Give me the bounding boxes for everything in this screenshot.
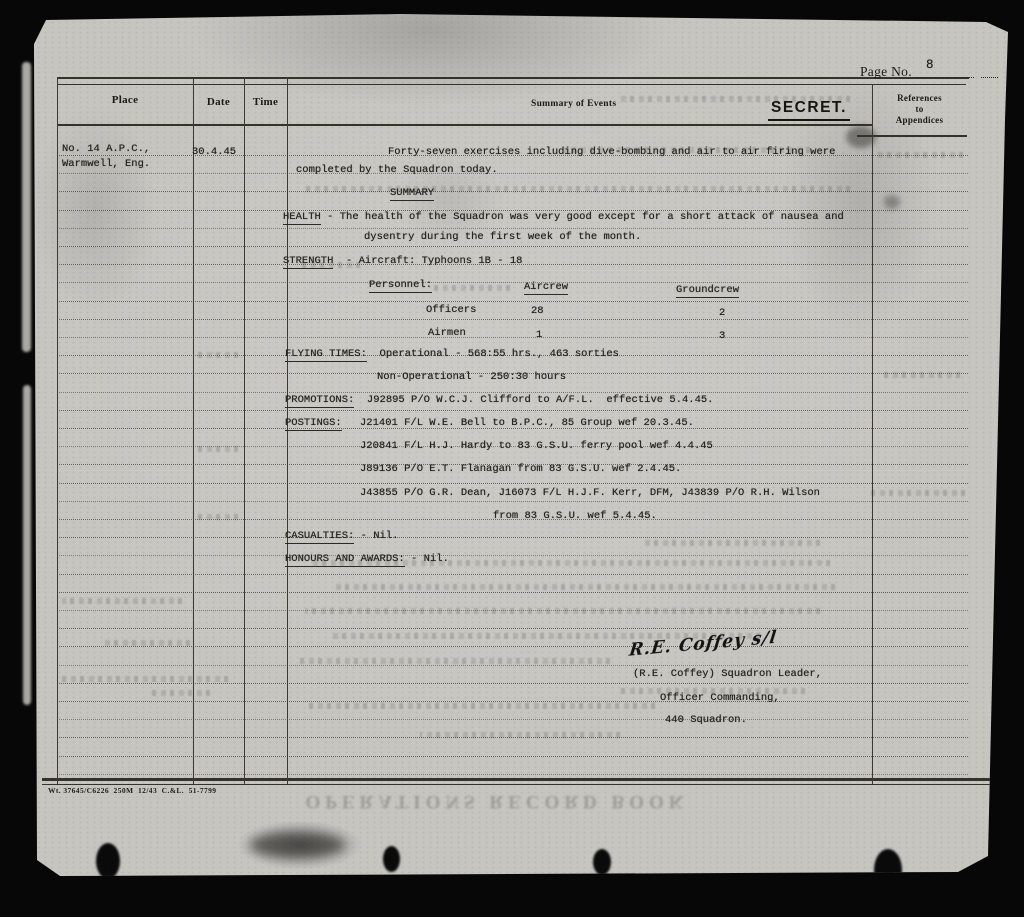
bleedthrough-title: OPERATIONS RECORD BOOK xyxy=(292,790,702,812)
health-text: - The health of the Squadron was very go… xyxy=(321,211,844,223)
flying-times-label: FLYING TIMES: xyxy=(285,348,367,362)
officers-row-label: Officers xyxy=(426,304,476,317)
groundcrew-header-text: Groundcrew xyxy=(676,284,739,298)
postings-line4: J43855 P/O G.R. Dean, J16073 F/L H.J.F. … xyxy=(360,487,820,500)
column-header-references-2: to xyxy=(872,104,967,114)
postings-line2: J20841 F/L H.J. Hardy to 83 G.S.U. ferry… xyxy=(360,440,713,453)
airmen-aircrew-value: 1 xyxy=(536,329,542,342)
postings-line5: from 83 G.S.U. wef 5.4.45. xyxy=(493,510,657,523)
bleedthrough-mark xyxy=(640,540,820,546)
personnel-label: Personnel: xyxy=(369,279,432,292)
ink-smudge xyxy=(250,832,345,858)
column-header-date: Date xyxy=(193,96,244,108)
page-number-dotted-line xyxy=(916,77,974,78)
page-number-value: 8 xyxy=(926,59,934,72)
postings-label: POSTINGS: xyxy=(285,417,342,430)
column-header-summary: Summary of Events xyxy=(531,99,616,109)
scan-edge-sliver xyxy=(22,62,31,352)
punch-hole-stem xyxy=(884,870,894,880)
events-opening-line2: completed by the Squadron today. xyxy=(296,164,498,177)
promotions-label: PROMOTIONS: xyxy=(285,394,354,408)
column-header-time: Time xyxy=(244,96,287,108)
page-number-dotted-line-2 xyxy=(981,77,998,78)
column-header-references-1: References xyxy=(872,93,967,103)
entry-date: 30.4.45 xyxy=(192,146,236,159)
honours-line: HONOURS AND AWARDS: - Nil. xyxy=(285,553,449,566)
references-header-rule xyxy=(857,135,967,137)
table-bottom-rule-2 xyxy=(42,784,992,785)
casualties-text: - Nil. xyxy=(354,530,398,542)
honours-label: HONOURS AND AWARDS: xyxy=(285,553,405,567)
postings-line1: J21401 F/L W.E. Bell to B.P.C., 85 Group… xyxy=(360,417,694,430)
bleedthrough-mark xyxy=(58,676,228,682)
airmen-groundcrew-value: 3 xyxy=(719,330,725,343)
personnel-label-text: Personnel: xyxy=(369,279,432,293)
header-bottom-rule xyxy=(57,124,872,126)
time-summary-divider xyxy=(287,77,288,784)
signature-typed-line2: Officer Commanding, xyxy=(660,692,780,705)
casualties-line: CASUALTIES: - Nil. xyxy=(285,530,398,543)
postings-line3: J89136 P/O E.T. Flanagan from 83 G.S.U. … xyxy=(360,463,681,476)
table-bottom-rule xyxy=(42,778,992,781)
airmen-row-label: Airmen xyxy=(428,327,466,340)
column-header-references-3: Appendices xyxy=(872,115,967,125)
bleedthrough-mark xyxy=(305,608,820,614)
bleedthrough-mark xyxy=(335,584,835,590)
bleedthrough-mark xyxy=(100,640,190,646)
health-line: HEALTH - The health of the Squadron was … xyxy=(283,211,844,224)
scanned-document-background: { "colors": { "paper": "#c6c5c0", "ink":… xyxy=(0,0,1024,917)
bleedthrough-mark xyxy=(870,490,965,496)
strength-label: STRENGTH xyxy=(283,255,333,269)
column-header-place: Place xyxy=(57,94,193,106)
punch-hole xyxy=(593,849,611,875)
health-label: HEALTH xyxy=(283,211,321,225)
document-page: OPERATIONS RECORD BOOK Page No. 8 Place … xyxy=(0,0,1024,917)
page-number-label: Page No. xyxy=(860,64,912,80)
promotions-line: PROMOTIONS: J92895 P/O W.C.J. Clifford t… xyxy=(285,394,713,407)
flying-times-line2: Non-Operational - 250:30 hours xyxy=(377,371,566,384)
signature-typed-line3: 440 Squadron. xyxy=(665,714,747,727)
aircrew-header-text: Aircrew xyxy=(524,281,568,295)
groundcrew-column-header: Groundcrew xyxy=(676,284,739,297)
summary-references-divider xyxy=(872,85,873,784)
bleedthrough-mark xyxy=(150,690,210,696)
flying-times-text: Operational - 568:55 hrs., 463 sorties xyxy=(367,348,619,360)
entry-place-line2: Warmwell, Eng. xyxy=(62,158,150,171)
secret-classification-stamp: SECRET. xyxy=(768,99,850,121)
table-left-border xyxy=(57,77,58,784)
promotions-text: J92895 P/O W.C.J. Clifford to A/F.L. eff… xyxy=(354,394,713,406)
date-time-divider xyxy=(244,77,245,784)
health-line2: dysentry during the first week of the mo… xyxy=(364,231,641,244)
scan-edge-sliver xyxy=(23,385,31,705)
officers-aircrew-value: 28 xyxy=(531,305,544,318)
strength-line: STRENGTH - Aircraft: Typhoons 1B - 18 xyxy=(283,255,522,268)
signature-typed-line1: (R.E. Coffey) Squadron Leader, xyxy=(633,668,822,681)
flying-times-line: FLYING TIMES: Operational - 568:55 hrs.,… xyxy=(285,348,619,361)
aircrew-column-header: Aircrew xyxy=(524,281,568,294)
casualties-label: CASUALTIES: xyxy=(285,530,354,544)
honours-text: - Nil. xyxy=(405,553,449,565)
summary-heading: SUMMARY xyxy=(390,187,434,200)
officers-groundcrew-value: 2 xyxy=(719,307,725,320)
bleedthrough-mark xyxy=(62,598,182,604)
events-opening-line1: Forty-seven exercises including dive-bom… xyxy=(388,146,835,159)
entry-place-line1: No. 14 A.P.C., xyxy=(62,143,150,156)
bleedthrough-mark xyxy=(300,658,610,664)
ink-smudge xyxy=(884,195,900,209)
summary-heading-text: SUMMARY xyxy=(390,187,434,201)
bleedthrough-mark xyxy=(305,703,655,709)
place-date-divider xyxy=(193,77,194,784)
bleedthrough-mark xyxy=(430,285,510,291)
postings-label-text: POSTINGS: xyxy=(285,417,342,431)
punch-hole-stem xyxy=(103,866,113,880)
strength-text: - Aircraft: Typhoons 1B - 18 xyxy=(333,255,522,267)
form-print-code: Wt. 37645/C6226 250M 12/43 C.&L. 51-7799 xyxy=(48,786,216,795)
punch-hole xyxy=(383,846,400,872)
